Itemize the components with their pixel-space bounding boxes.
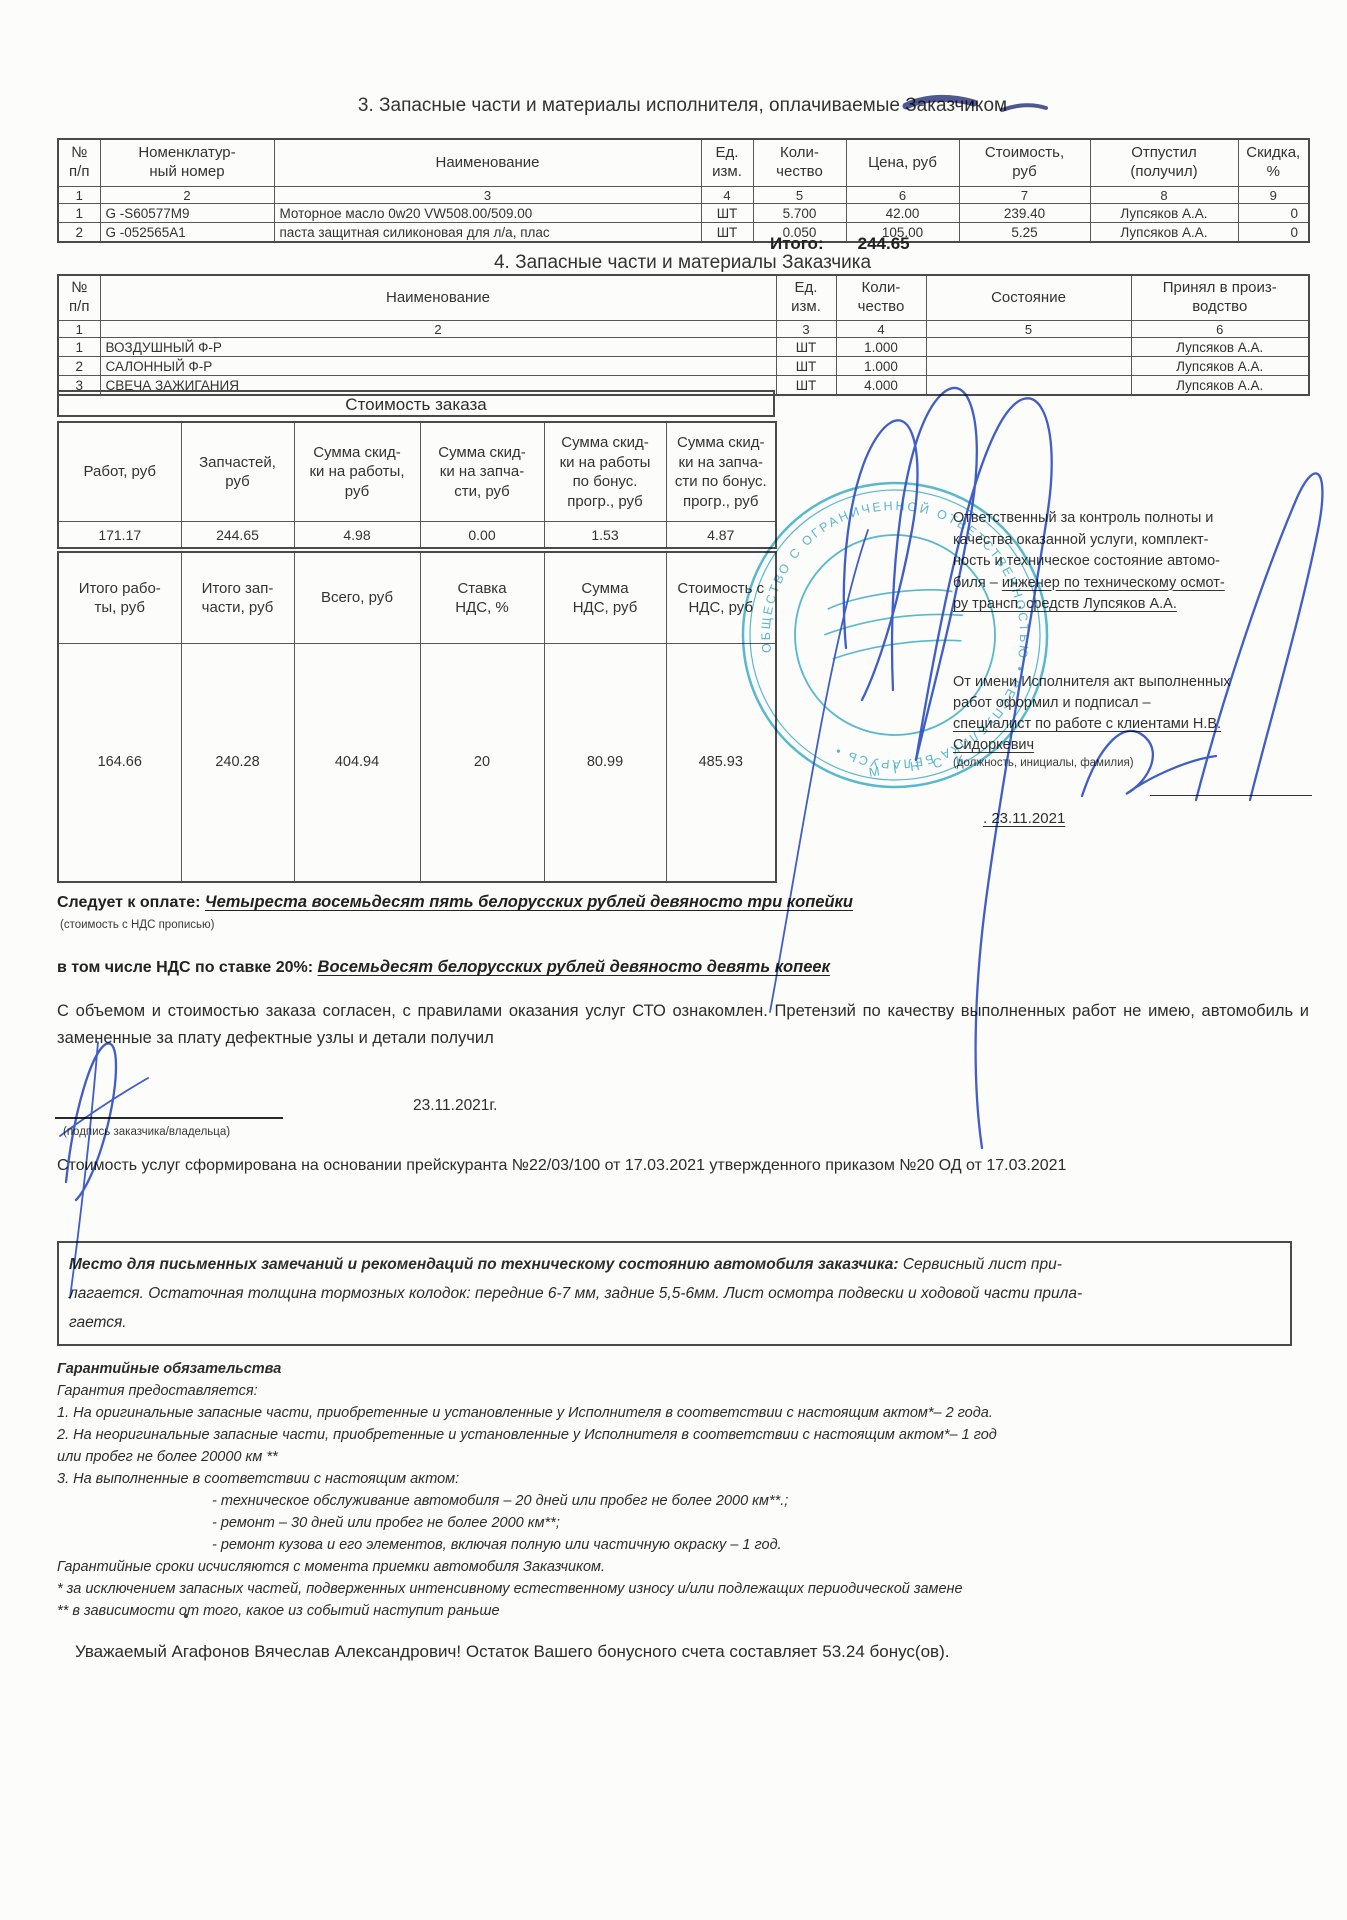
header-cell: Цена, руб <box>846 139 959 187</box>
stamp-center-scribble <box>827 584 953 609</box>
warranty-line: Гарантия предоставляется: <box>57 1380 1309 1402</box>
scanned-service-act-page: 3. Запасные части и материалы исполнител… <box>0 0 1347 1920</box>
amount-due-note: (стоимость с НДС прописью) <box>60 919 214 931</box>
data-cell: 4.98 <box>294 522 420 549</box>
warranty-line: ** в зависимости от того, какое из событ… <box>57 1600 1309 1622</box>
warranty-title: Гарантийные обязательства <box>57 1358 1309 1380</box>
number-cell: 1 <box>58 321 100 338</box>
vat-label: в том числе НДС по ставке 20%: <box>57 959 313 976</box>
number-cell: 5 <box>926 321 1131 338</box>
header-cell: Итого рабо- ты, руб <box>58 552 181 644</box>
section3-title: 3. Запасные части и материалы исполнител… <box>57 95 1308 117</box>
data-cell: Моторное масло 0w20 VW508.00/509.00 <box>274 204 701 223</box>
data-cell: 1 <box>58 204 100 223</box>
section3-total: Итого: 244.65 <box>770 234 910 254</box>
header-cell: Состояние <box>926 275 1131 321</box>
column-number-row: 1 2 3 4 5 6 <box>58 321 1309 338</box>
header-cell: Сумма скид- ки на запча- сти по бонус. п… <box>666 422 776 522</box>
warranty-line: 2. На неоригинальные запасные части, при… <box>57 1424 1309 1446</box>
data-cell: ШТ <box>776 338 836 357</box>
data-cell <box>926 338 1131 357</box>
issuer-prefix: От имени Исполнителя акт выполненных раб… <box>953 674 1231 711</box>
data-cell: 0.00 <box>420 522 544 549</box>
data-cell: 5.25 <box>959 223 1090 243</box>
order-cost-title: Стоимость заказа <box>57 390 775 417</box>
data-cell: 404.94 <box>294 644 420 882</box>
table-row: 2 G -052565A1 паста защитная силиконовая… <box>58 223 1309 243</box>
header-cell: Принял в произ- водство <box>1131 275 1309 321</box>
header-cell: Ед. изм. <box>776 275 836 321</box>
pricing-basis-paragraph: Стоимость услуг сформирована на основани… <box>57 1152 1307 1179</box>
header-cell: Коли- чество <box>753 139 846 187</box>
number-cell: 4 <box>836 321 926 338</box>
data-cell: 4.000 <box>836 376 926 396</box>
data-cell: 240.28 <box>181 644 294 882</box>
data-cell: 171.17 <box>58 522 181 549</box>
data-cell: 485.93 <box>666 644 776 882</box>
data-cell <box>926 376 1131 396</box>
warranty-section: Гарантийные обязательства Гарантия предо… <box>57 1358 1309 1622</box>
table-row: 171.17 244.65 4.98 0.00 1.53 4.87 <box>58 522 776 549</box>
data-cell: ВОЗДУШНЫЙ Ф-Р <box>100 338 776 357</box>
data-cell: 20 <box>420 644 544 882</box>
data-cell: ШТ <box>776 357 836 376</box>
signature-rule <box>1150 795 1312 796</box>
warranty-line: - техническое обслуживание автомобиля – … <box>57 1490 1309 1512</box>
data-cell: ШТ <box>776 376 836 396</box>
data-cell: 164.66 <box>58 644 181 882</box>
header-cell: Запчастей, руб <box>181 422 294 522</box>
data-cell: 80.99 <box>544 644 666 882</box>
customer-consent-paragraph: С объемом и стоимостью заказа согласен, … <box>57 998 1309 1052</box>
header-cell: Сумма скид- ки на работы по бонус. прогр… <box>544 422 666 522</box>
customer-parts-table: № п/п Наименование Ед. изм. Коли- чество… <box>57 274 1310 396</box>
quality-control-officer-text: Ответственный за контроль полноты и каче… <box>953 508 1321 616</box>
table-row: 164.66 240.28 404.94 20 80.99 485.93 <box>58 644 776 882</box>
data-cell: ШТ <box>701 223 753 243</box>
warranty-line: или пробег не более 20000 км ** <box>57 1446 1309 1468</box>
act-issuer-text: От имени Исполнителя акт выполненных раб… <box>953 672 1338 756</box>
warranty-line: - ремонт кузова и его элементов, включая… <box>57 1534 1309 1556</box>
data-cell: 239.40 <box>959 204 1090 223</box>
data-cell: 2 <box>58 357 100 376</box>
stamp-center-scribble <box>832 635 962 659</box>
warranty-line: Гарантийные сроки исчисляются с момента … <box>57 1556 1309 1578</box>
number-cell: 6 <box>1131 321 1309 338</box>
number-cell: 2 <box>100 187 274 204</box>
data-cell: Лупсяков А.А. <box>1090 204 1238 223</box>
data-cell: паста защитная силиконовая для л/а, плас <box>274 223 701 243</box>
order-cost-table-top: Работ, руб Запчастей, руб Сумма скид- ки… <box>57 421 777 549</box>
data-cell: 0 <box>1238 204 1309 223</box>
number-cell: 6 <box>846 187 959 204</box>
header-cell: Сумма НДС, руб <box>544 552 666 644</box>
data-cell: 1 <box>58 338 100 357</box>
section4-title: 4. Запасные части и материалы Заказчика <box>57 252 1308 274</box>
issuer-role-caption: (должность, инициалы, фамилия) <box>953 757 1134 769</box>
data-cell: 2 <box>58 223 100 243</box>
number-cell: 3 <box>274 187 701 204</box>
header-cell: Коли- чество <box>836 275 926 321</box>
warranty-line: 3. На выполненные в соответствии с насто… <box>57 1468 1309 1490</box>
number-cell: 9 <box>1238 187 1309 204</box>
data-cell <box>926 357 1131 376</box>
data-cell: ШТ <box>701 204 753 223</box>
amount-due-line: Следует к оплате: Четыреста восемьдесят … <box>57 893 853 912</box>
number-cell: 5 <box>753 187 846 204</box>
header-cell: Наименование <box>100 275 776 321</box>
header-cell: Сумма скид- ки на работы, руб <box>294 422 420 522</box>
table-header-row: Работ, руб Запчастей, руб Сумма скид- ки… <box>58 422 776 522</box>
customer-signature-date: 23.11.2021г. <box>413 1097 498 1115</box>
signature-stroke <box>770 530 868 1012</box>
header-cell: Отпустил (получил) <box>1090 139 1238 187</box>
data-cell: 4.87 <box>666 522 776 549</box>
data-cell: 1.000 <box>836 338 926 357</box>
remarks-label: Место для письменных замечаний и рекомен… <box>69 1256 899 1273</box>
header-cell: Ед. изм. <box>701 139 753 187</box>
header-cell: Работ, руб <box>58 422 181 522</box>
data-cell: 1.000 <box>836 357 926 376</box>
warranty-line: * за исключением запасных частей, подвер… <box>57 1578 1309 1600</box>
data-cell: 1.53 <box>544 522 666 549</box>
customer-signature-line <box>55 1117 283 1119</box>
header-cell: № п/п <box>58 139 100 187</box>
warranty-line: 1. На оригинальные запасные части, приоб… <box>57 1402 1309 1424</box>
data-cell: 42.00 <box>846 204 959 223</box>
header-cell: Стоимость с НДС, руб <box>666 552 776 644</box>
header-cell: Ставка НДС, % <box>420 552 544 644</box>
number-cell: 1 <box>58 187 100 204</box>
table-header-row: Итого рабо- ты, руб Итого зап- части, ру… <box>58 552 776 644</box>
table-row: 2 САЛОННЫЙ Ф-Р ШТ 1.000 Лупсяков А.А. <box>58 357 1309 376</box>
data-cell: G -052565A1 <box>100 223 274 243</box>
number-cell: 7 <box>959 187 1090 204</box>
header-cell: Итого зап- части, руб <box>181 552 294 644</box>
data-cell: 5.700 <box>753 204 846 223</box>
number-cell: 3 <box>776 321 836 338</box>
header-cell: Скидка, % <box>1238 139 1309 187</box>
total-value: 244.65 <box>858 234 910 254</box>
issuer-role: специалист по работе с клиентами Н.В. Си… <box>953 716 1221 753</box>
data-cell: 244.65 <box>181 522 294 549</box>
stamp-center-scribble <box>823 608 963 635</box>
data-cell: Лупсяков А.А. <box>1090 223 1238 243</box>
header-cell: № п/п <box>58 275 100 321</box>
amount-due-label: Следует к оплате: <box>57 894 200 911</box>
header-cell: Сумма скид- ки на запча- сти, руб <box>420 422 544 522</box>
number-cell: 8 <box>1090 187 1238 204</box>
column-number-row: 1 2 3 4 5 6 7 8 9 <box>58 187 1309 204</box>
remarks-box: Место для письменных замечаний и рекомен… <box>57 1241 1292 1346</box>
total-label: Итого: <box>770 234 824 254</box>
number-cell: 2 <box>100 321 776 338</box>
vat-words: Восемьдесят белорусских рублей девяносто… <box>318 958 830 976</box>
data-cell: Лупсяков А.А. <box>1131 357 1309 376</box>
data-cell: Лупсяков А.А. <box>1131 376 1309 396</box>
act-date: . 23.11.2021 <box>983 810 1065 827</box>
data-cell: G -S60577M9 <box>100 204 274 223</box>
table-header-row: № п/п Наименование Ед. изм. Коли- чество… <box>58 275 1309 321</box>
table-header-row: № п/п Номенклатур- ный номер Наименовани… <box>58 139 1309 187</box>
vat-line: в том числе НДС по ставке 20%: Восемьдес… <box>57 958 830 977</box>
header-cell: Всего, руб <box>294 552 420 644</box>
number-cell: 4 <box>701 187 753 204</box>
signature-stroke <box>844 420 918 700</box>
customer-signature-caption: (подпись заказчика/владельца) <box>63 1126 230 1138</box>
table-row: 1 G -S60577M9 Моторное масло 0w20 VW508.… <box>58 204 1309 223</box>
data-cell: 0 <box>1238 223 1309 243</box>
data-cell: Лупсяков А.А. <box>1131 338 1309 357</box>
order-cost-table-bottom: Итого рабо- ты, руб Итого зап- части, ру… <box>57 551 777 883</box>
header-cell: Наименование <box>274 139 701 187</box>
bonus-balance-message: Уважаемый Агафонов Вячеслав Александрови… <box>75 1638 1065 1666</box>
contractor-parts-table: № п/п Номенклатур- ный номер Наименовани… <box>57 138 1310 243</box>
header-cell: Стоимость, руб <box>959 139 1090 187</box>
table-row: 1 ВОЗДУШНЫЙ Ф-Р ШТ 1.000 Лупсяков А.А. <box>58 338 1309 357</box>
warranty-line: - ремонт – 30 дней или пробег не более 2… <box>57 1512 1309 1534</box>
amount-due-words: Четыреста восемьдесят пять белорусских р… <box>205 893 853 911</box>
data-cell: САЛОННЫЙ Ф-Р <box>100 357 776 376</box>
header-cell: Номенклатур- ный номер <box>100 139 274 187</box>
